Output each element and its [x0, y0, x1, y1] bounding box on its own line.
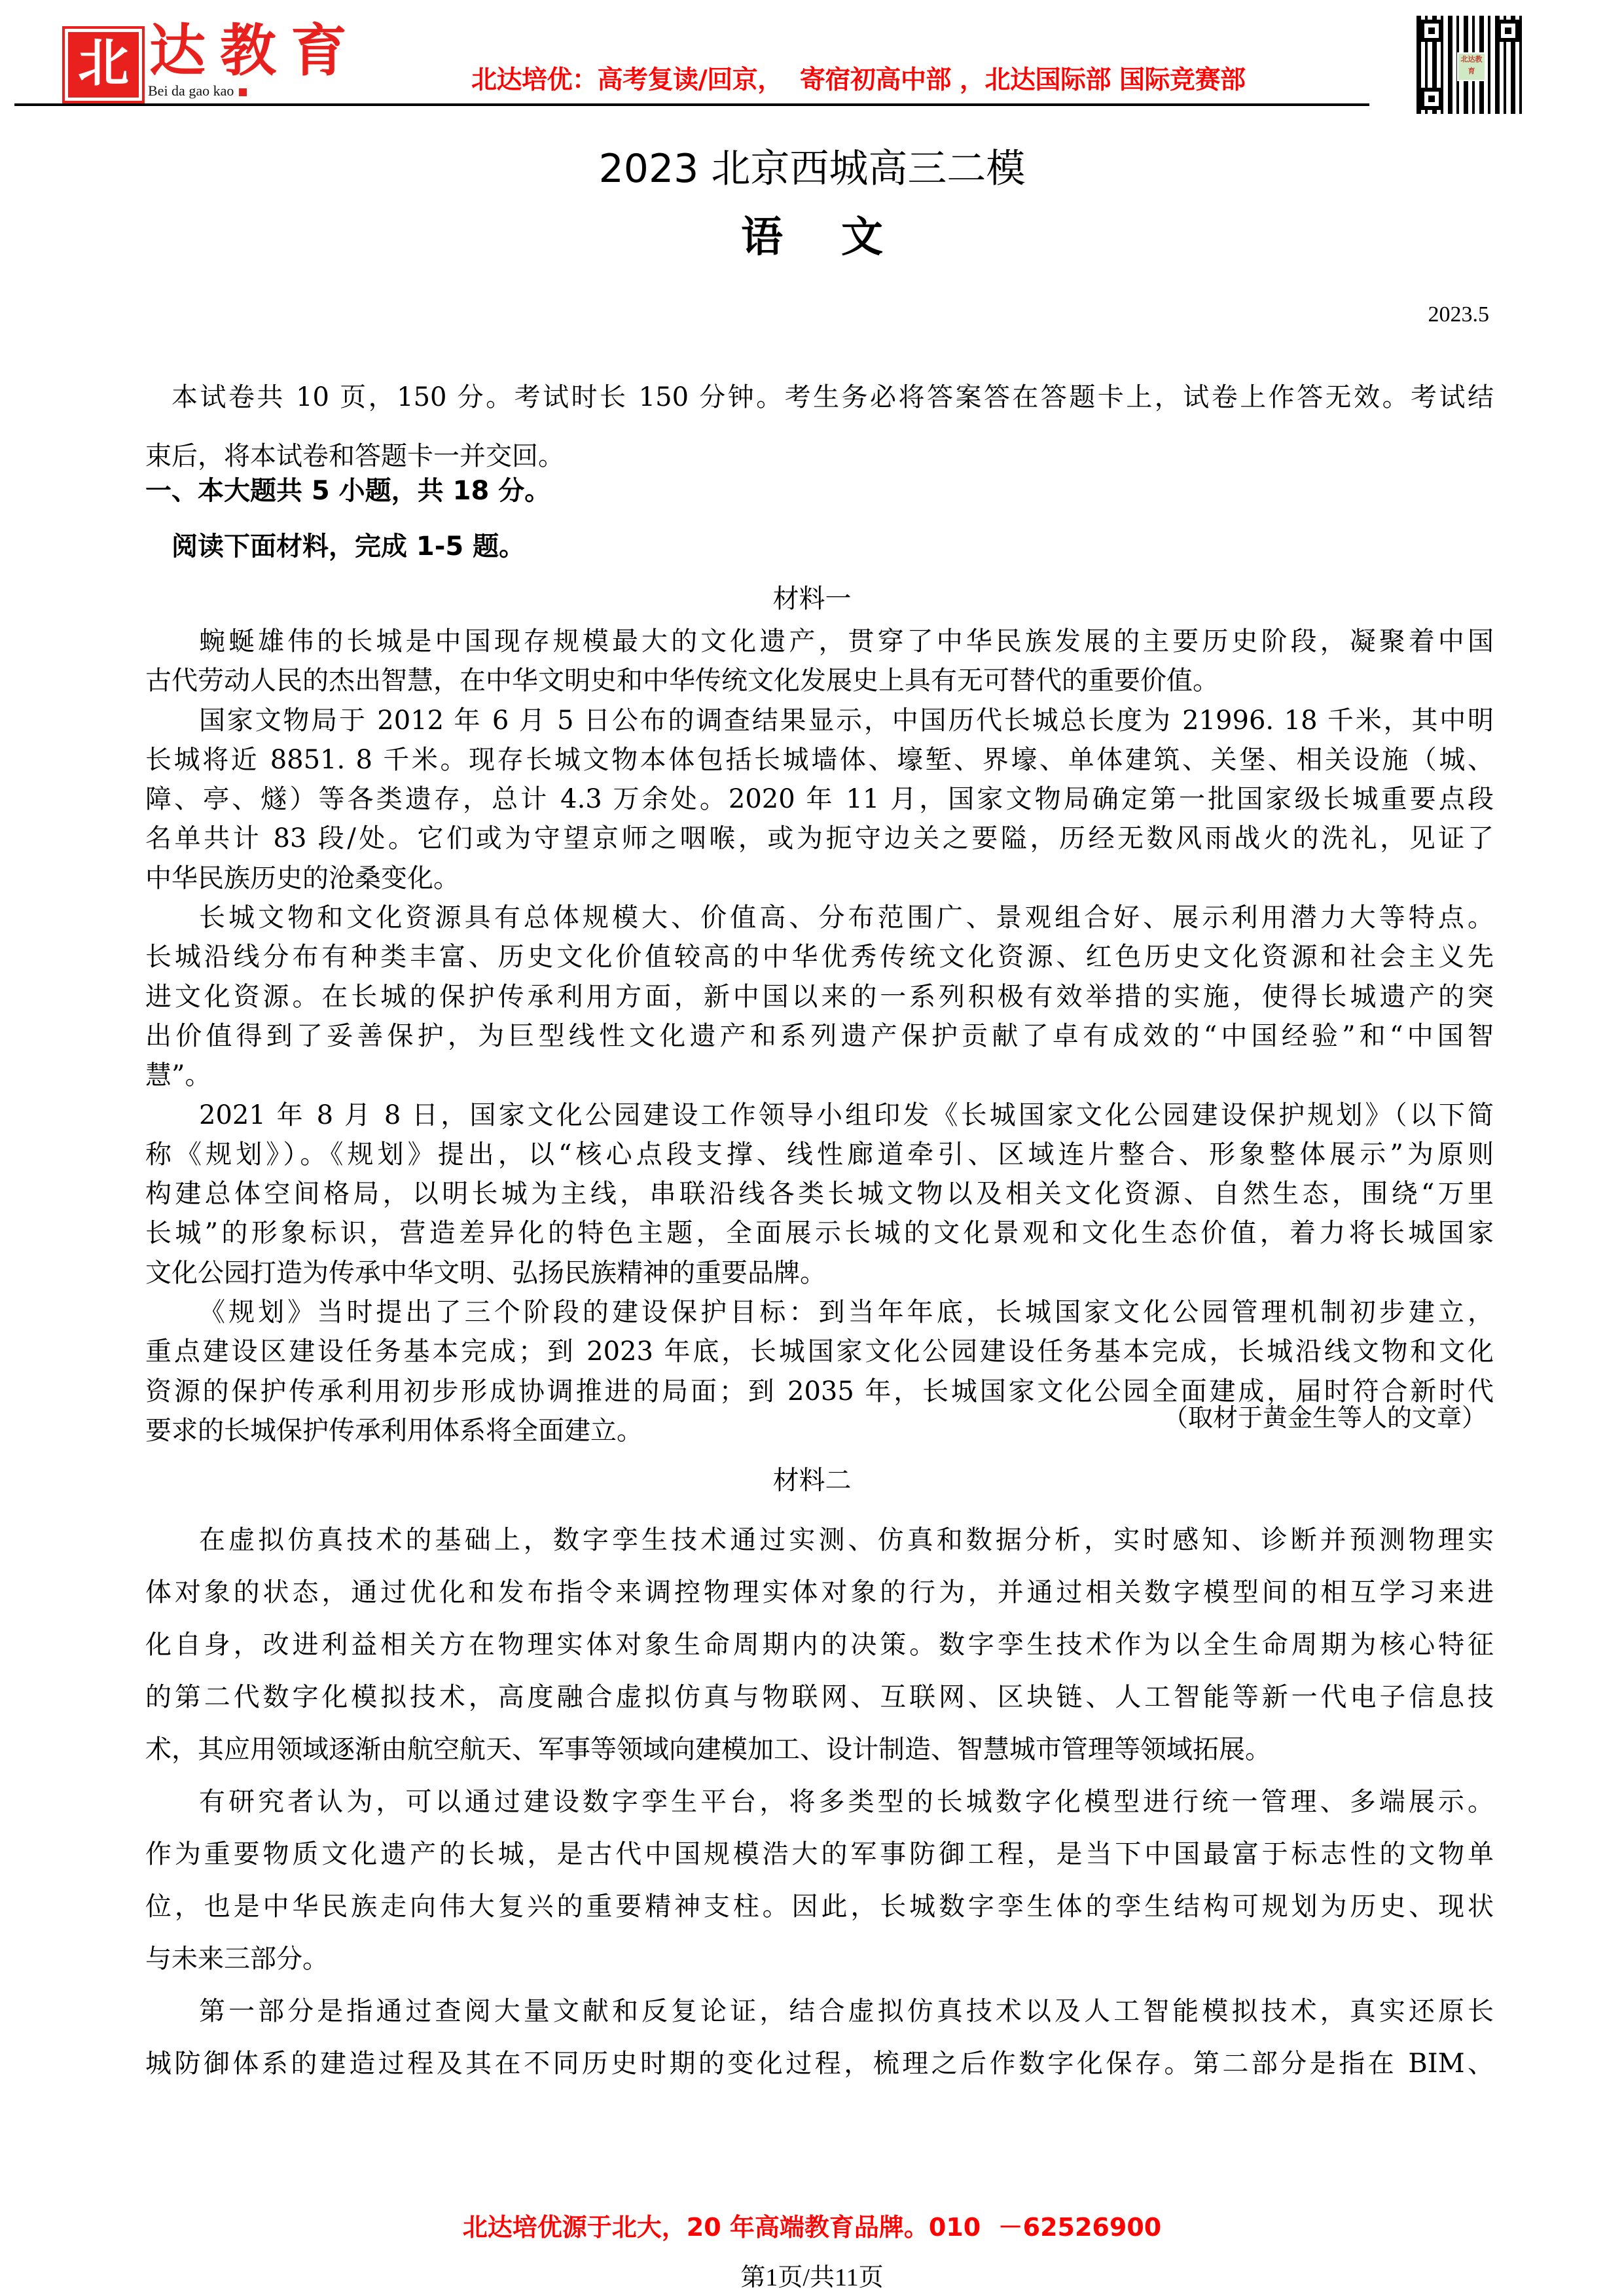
instruction-line: 本试卷共 10 页，150 分。考试时长 150 分钟。考生务必将答案答在答题卡…: [145, 368, 1494, 427]
text-line: 出价值得到了妥善保护，为巨型线性文化遗产和系列遗产保护贡献了卓有成效的“中国经验…: [145, 1016, 1494, 1056]
text-line: 作为重要物质文化遗产的长城，是古代中国规模浩大的军事防御工程，是当下中国最富于标…: [145, 1828, 1494, 1880]
text-line: 慧”。: [145, 1056, 1494, 1095]
logo-subtitle-text: Bei da gao kao: [148, 82, 234, 99]
text-line: 体对象的状态，通过优化和发布指令来调控物理实体对象的行为，并通过相关数字模型间的…: [145, 1566, 1494, 1619]
header-divider: [14, 103, 1369, 106]
qr-finder-icon: [1420, 88, 1443, 110]
paragraph: 蜿蜒雄伟的长城是中国现存规模最大的文化遗产，贯穿了中华民族发展的主要历史阶段，凝…: [145, 622, 1494, 701]
text-line: 长城将近 8851. 8 千米。现存长城文物本体包括长城墙体、壕堑、界壕、单体建…: [145, 740, 1494, 780]
exam-title: 2023 北京西城高三二模: [0, 143, 1624, 195]
qr-code-icon: 北达教育: [1416, 16, 1523, 114]
text-line: 2021 年 8 月 8 日，国家文化公园建设工作领导小组印发《长城国家文化公园…: [145, 1096, 1494, 1135]
logo-text: 达教育: [149, 18, 361, 84]
text-line: 古代劳动人民的杰出智慧，在中华文明史和中华传统文化发展史上具有无可替代的重要价值…: [145, 661, 1494, 700]
text-line: 蜿蜒雄伟的长城是中国现存规模最大的文化遗产，贯穿了中华民族发展的主要历史阶段，凝…: [145, 622, 1494, 661]
exam-subject: 语 文: [0, 208, 1624, 267]
text-line: 进文化资源。在长城的保护传承利用方面，新中国以来的一系列积极有效举措的实施，使得…: [145, 977, 1494, 1016]
text-line: 障、亭、燧）等各类遗存，总计 4.3 万余处。2020 年 11 月，国家文物局…: [145, 780, 1494, 819]
text-line: 的第二代数字化模拟技术，高度融合虚拟仿真与物联网、互联网、区块链、人工智能等新一…: [145, 1671, 1494, 1723]
material1-body: 蜿蜒雄伟的长城是中国现存规模最大的文化遗产，贯穿了中华民族发展的主要历史阶段，凝…: [145, 622, 1494, 1450]
text-line: 长城文物和文化资源具有总体规模大、价值高、分布范围广、景观组合好、展示利用潜力大…: [145, 898, 1494, 937]
paragraph: 有研究者认为，可以通过建设数字孪生平台，将多类型的长城数字化模型进行统一管理、多…: [145, 1776, 1494, 1985]
qr-finder-icon: [1497, 20, 1519, 42]
text-line: 称《规划》）。《规划》提出，以“核心点段支撑、线性廊道牵引、区域连片整合、形象整…: [145, 1135, 1494, 1174]
section-heading: 一、本大题共 5 小题，共 18 分。: [145, 465, 1494, 517]
paragraph: 长城文物和文化资源具有总体规模大、价值高、分布范围广、景观组合好、展示利用潜力大…: [145, 898, 1494, 1095]
material1-source: （取材于黄金生等人的文章）: [1163, 1397, 1487, 1433]
logo-subtitle: Bei da gao kao: [148, 82, 247, 99]
text-line: 中华民族历史的沧桑变化。: [145, 859, 1494, 898]
text-line: 长城”的形象标识，营造差异化的特色主题，全面展示长城的文化景观和文化生态价值，着…: [145, 1213, 1494, 1253]
text-line: 有研究者认为，可以通过建设数字孪生平台，将多类型的长城数字化模型进行统一管理、多…: [145, 1776, 1494, 1828]
logo-mark: 北: [62, 26, 145, 103]
material1-title: 材料一: [0, 579, 1624, 619]
text-line: 国家文物局于 2012 年 6 月 5 日公布的调查结果显示，中国历代长城总长度…: [145, 701, 1494, 740]
paragraph: 第一部分是指通过查阅大量文献和反复论证，结合虚拟仿真技术以及人工智能模拟技术，真…: [145, 1985, 1494, 2090]
footer-slogan: 北达培优源于北大，20 年高端教育品牌。010 －62526900: [0, 2207, 1624, 2243]
qr-center-label: 北达教育: [1457, 52, 1486, 81]
material2-title: 材料二: [0, 1461, 1624, 1500]
text-line: 《规划》当时提出了三个阶段的建设保护目标：到当年年底，长城国家文化公园管理机制初…: [145, 1293, 1494, 1332]
text-line: 与未来三部分。: [145, 1933, 1494, 1985]
paragraph: 国家文物局于 2012 年 6 月 5 日公布的调查结果显示，中国历代长城总长度…: [145, 701, 1494, 898]
section-prompt: 阅读下面材料，完成 1-5 题。: [145, 520, 1520, 573]
header-slogan: 北达培优：高考复读/回京， 寄宿初高中部 ，北达国际部 国际竞赛部: [471, 64, 1246, 97]
paragraph: 在虚拟仿真技术的基础上，数字孪生技术通过实测、仿真和数据分析，实时感知、诊断并预…: [145, 1514, 1494, 1776]
text-line: 构建总体空间格局，以明长城为主线，串联沿线各类长城文物以及相关文化资源、自然生态…: [145, 1174, 1494, 1213]
text-line: 城防御体系的建造过程及其在不同历史时期的变化过程，梳理之后作数字化保存。第二部分…: [145, 2037, 1494, 2090]
qr-finder-icon: [1420, 20, 1443, 42]
text-line: 在虚拟仿真技术的基础上，数字孪生技术通过实测、仿真和数据分析，实时感知、诊断并预…: [145, 1514, 1494, 1566]
text-line: 术，其应用领域逐渐由航空航天、军事等领域向建模加工、设计制造、智慧城市管理等领域…: [145, 1723, 1494, 1776]
exam-date: 2023.5: [1428, 302, 1490, 327]
red-square-icon: [239, 88, 247, 96]
text-line: 第一部分是指通过查阅大量文献和反复论证，结合虚拟仿真技术以及人工智能模拟技术，真…: [145, 1985, 1494, 2037]
page-number: 第1页/共11页: [0, 2257, 1624, 2293]
paragraph: 2021 年 8 月 8 日，国家文化公园建设工作领导小组印发《长城国家文化公园…: [145, 1096, 1494, 1293]
text-line: 重点建设区建设任务基本完成；到 2023 年底，长城国家文化公园建设任务基本完成…: [145, 1332, 1494, 1371]
material2-body: 在虚拟仿真技术的基础上，数字孪生技术通过实测、仿真和数据分析，实时感知、诊断并预…: [145, 1514, 1494, 2090]
text-line: 位，也是中华民族走向伟大复兴的重要精神支柱。因此，长城数字孪生体的孪生结构可规划…: [145, 1880, 1494, 1933]
text-line: 文化公园打造为传承中华文明、弘扬民族精神的重要品牌。: [145, 1253, 1494, 1293]
text-line: 长城沿线分布有种类丰富、历史文化价值较高的中华优秀传统文化资源、红色历史文化资源…: [145, 937, 1494, 977]
text-line: 名单共计 83 段/处。它们或为守望京师之咽喉，或为扼守边关之要隘，历经无数风雨…: [145, 819, 1494, 858]
text-line: 化自身，改进利益相关方在物理实体对象生命周期内的决策。数字孪生技术作为以全生命周…: [145, 1619, 1494, 1671]
logo-mark-glyph: 北: [65, 34, 142, 93]
